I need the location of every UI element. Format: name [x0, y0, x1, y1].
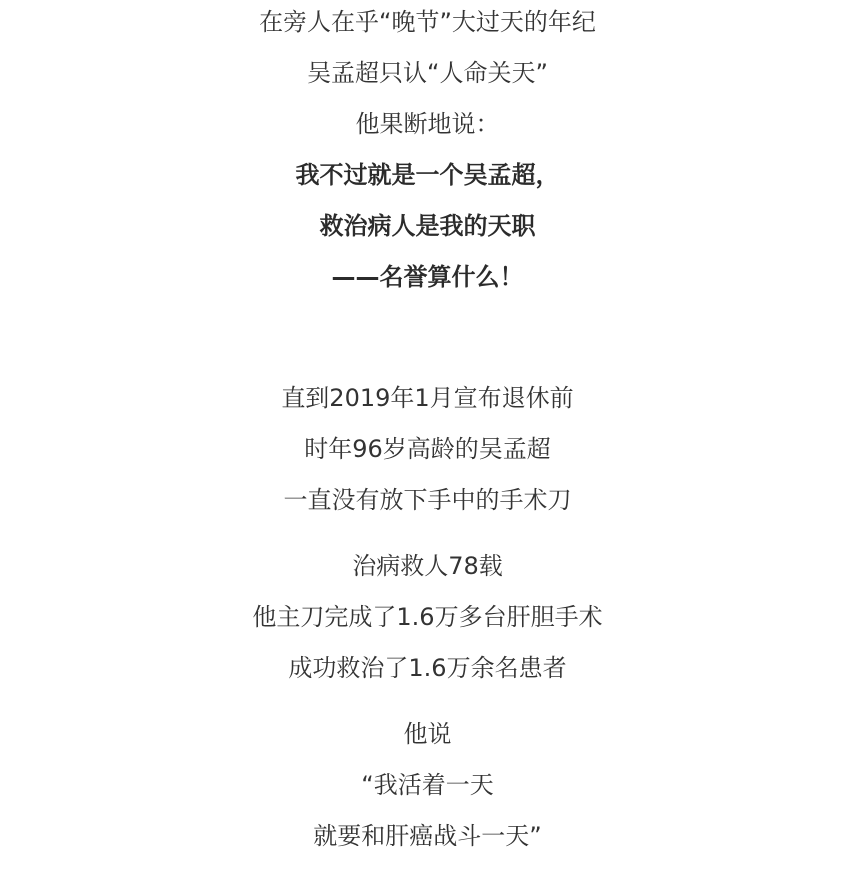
text-line: 他果断地说：	[0, 108, 855, 140]
text-line: 就要和肝癌战斗一天”	[0, 820, 855, 852]
text-line: 时年96岁高龄的吴孟超	[0, 433, 855, 465]
bold-text-line: ——名誉算什么！	[0, 261, 855, 293]
text-line: 一直没有放下手中的手术刀	[0, 484, 855, 516]
bold-text-line: 我不过就是一个吴孟超，	[0, 159, 855, 191]
text-line: 在旁人在乎“晚节”大过天的年纪	[0, 6, 855, 38]
text-line: 吴孟超只认“人命关天”	[0, 57, 855, 89]
text-line: 直到2019年1月宣布退休前	[0, 382, 855, 414]
text-line: 他说	[0, 718, 855, 750]
text-line: 治病救人78载	[0, 550, 855, 582]
bold-text-line: 救治病人是我的天职	[0, 210, 855, 242]
text-line: 他主刀完成了1.6万多台肝胆手术	[0, 601, 855, 633]
text-line: 成功救治了1.6万余名患者	[0, 652, 855, 684]
text-line: “我活着一天	[0, 769, 855, 801]
